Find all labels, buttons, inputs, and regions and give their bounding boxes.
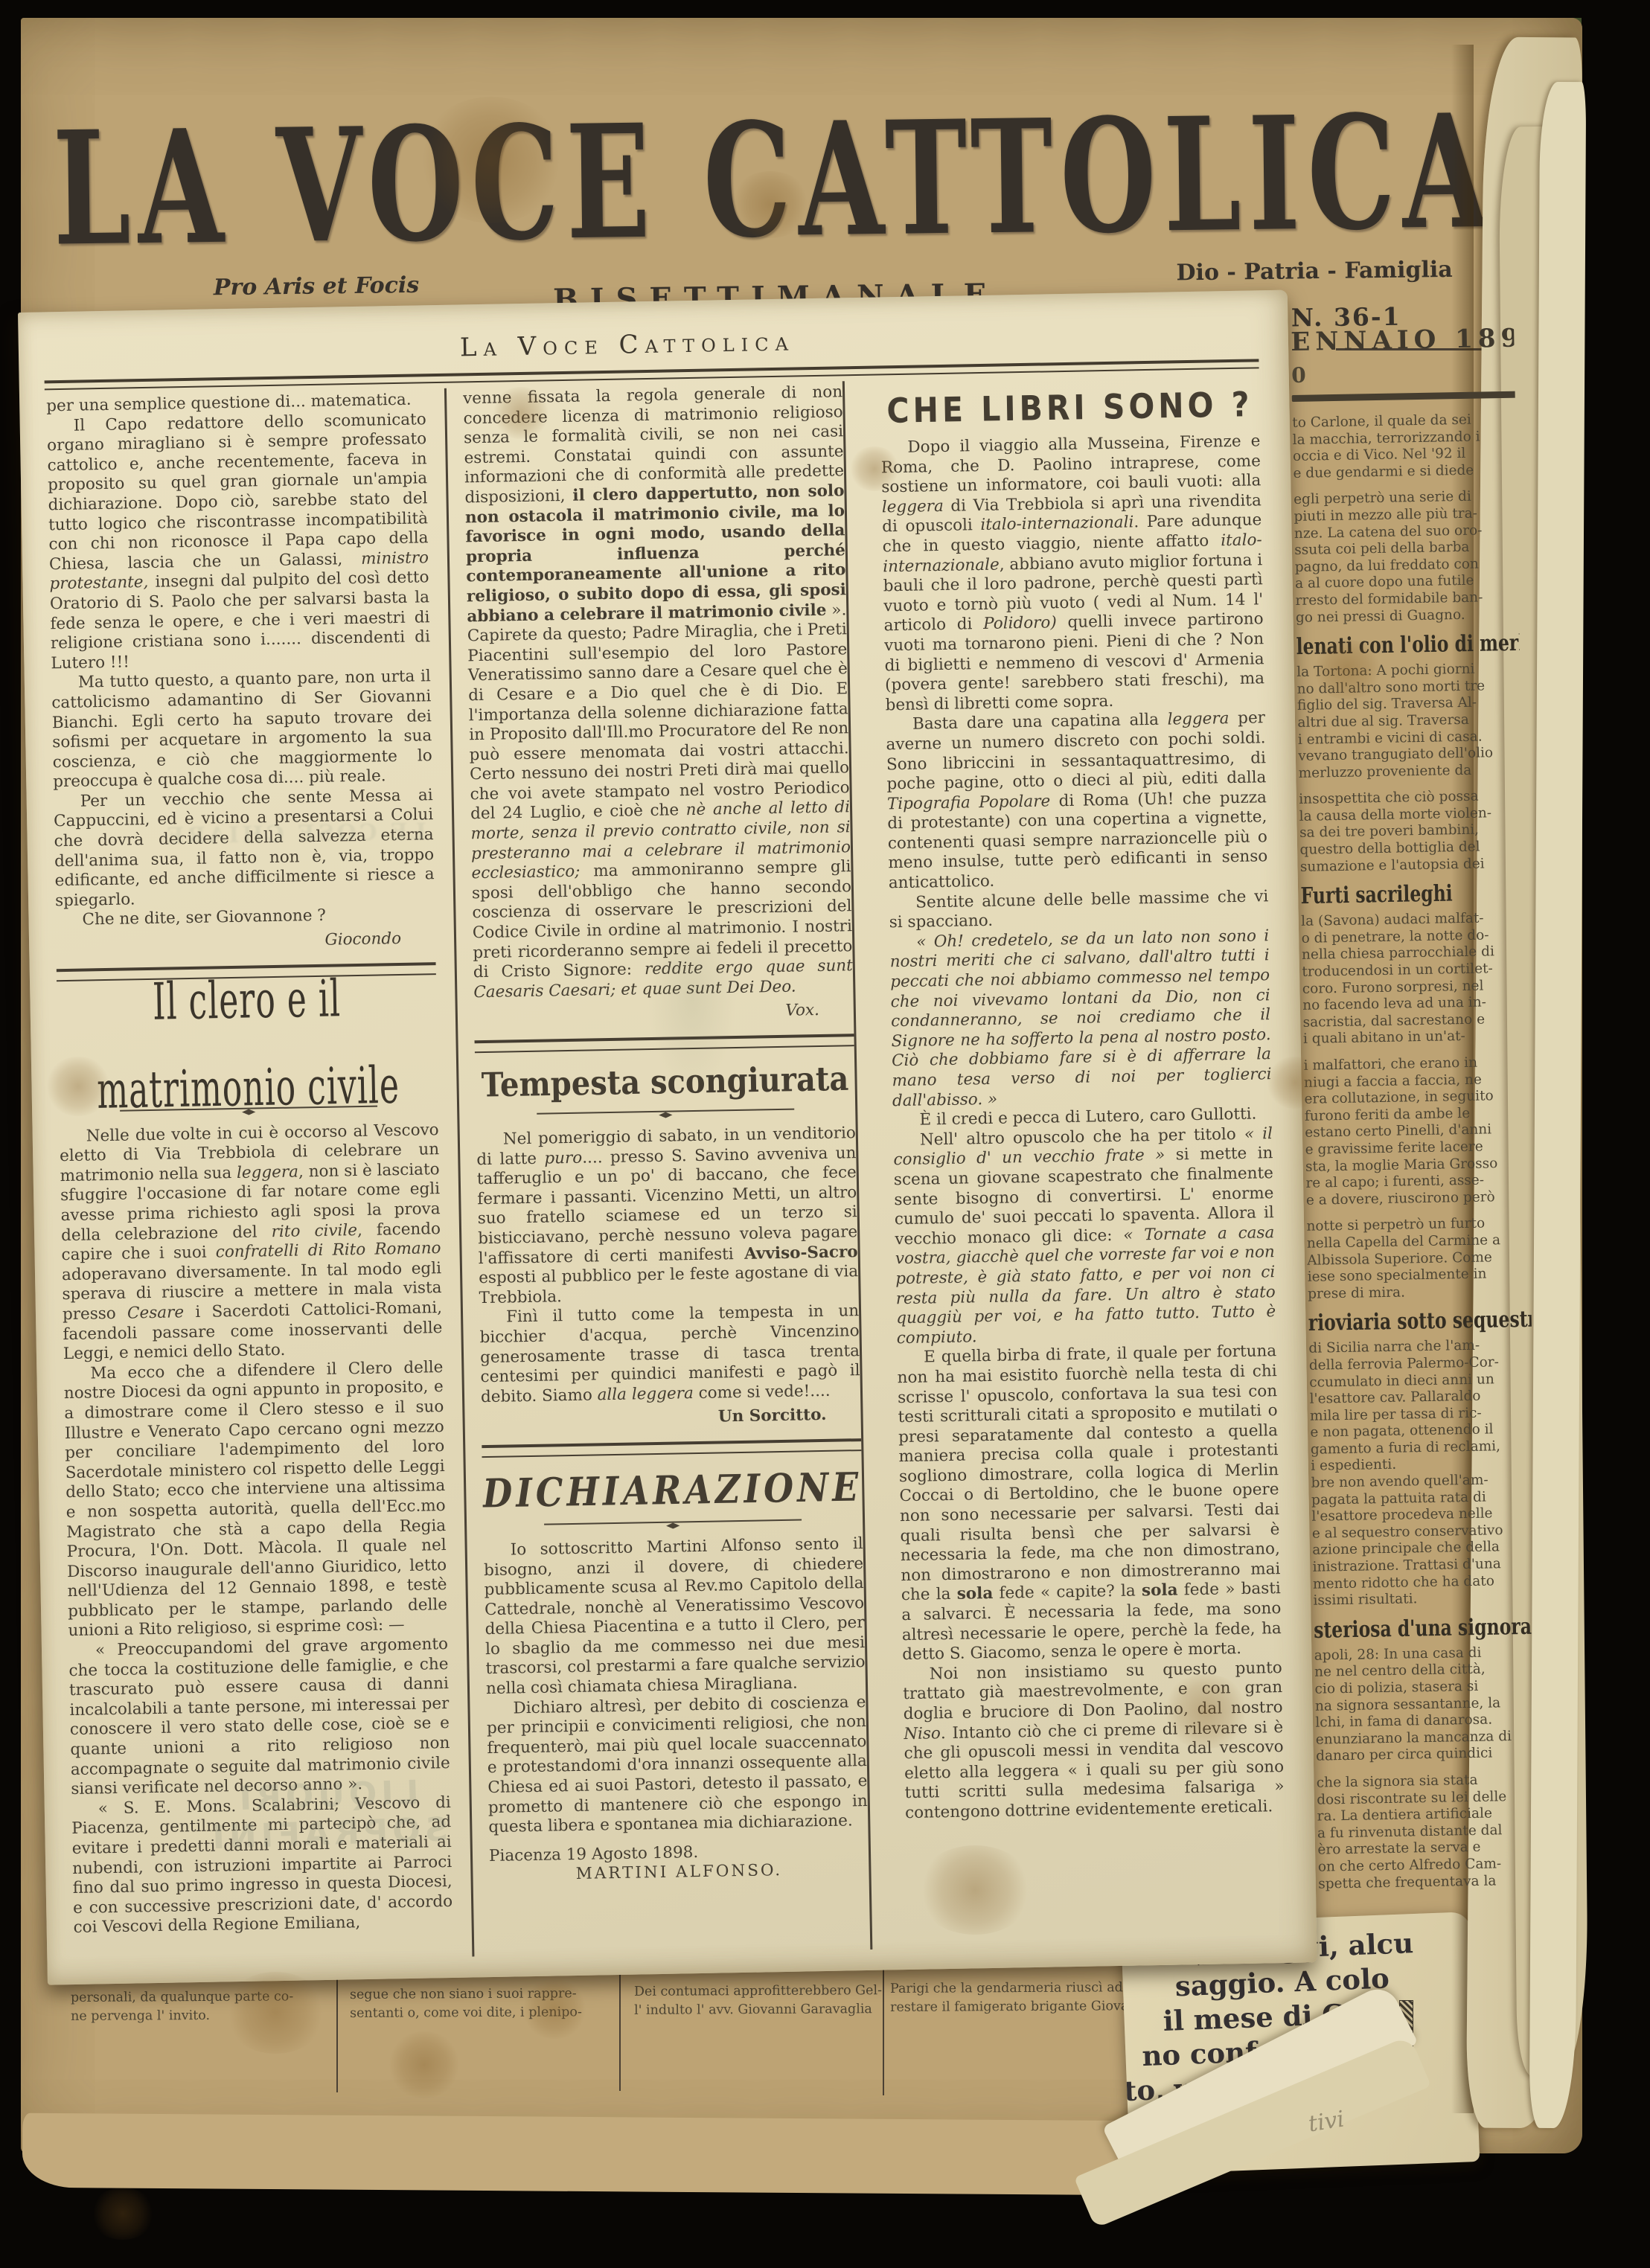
headline: CHE LIBRI SONO ? <box>880 377 1260 438</box>
paragraph: Noi non insistiamo su questo punto tratt… <box>903 1659 1285 1824</box>
text-line: Parigi che la gendarmeria riuscì ad ar- <box>890 1979 1158 1999</box>
paragraph: Nell' altro opuscolo che ha per titolo «… <box>893 1124 1276 1349</box>
text-line: danaro per circa quindici <box>1316 1745 1539 1766</box>
text-line: Dei contumaci approfitterebbero Gel- <box>634 1982 884 2002</box>
paragraph: Basta dare una capatina alla leggera per… <box>886 709 1268 894</box>
bottom-cell-2: segue che non siano i suoi rappre-sentan… <box>350 1984 618 2023</box>
column-divider <box>883 1969 884 2095</box>
thick-rule <box>1292 391 1520 402</box>
column-1: per una semplice questione di... matemat… <box>46 390 453 1967</box>
text-line: ne pervenga l' invito. <box>71 2006 335 2026</box>
bold-text: sola <box>1142 1581 1178 1601</box>
paragraph: Io sottoscritto Martini Alfonso sento il… <box>483 1534 866 1700</box>
bottom-cell-1: personali, da qualunque parte co-ne perv… <box>71 1987 335 2026</box>
bold-text: sola <box>957 1584 994 1604</box>
date-digit-fragment: 0 <box>1291 359 1515 388</box>
scanned-newspaper-page: LA VOCE CATTOLICA Pro Aris et Focis BISE… <box>0 0 1650 2268</box>
text-line: prese di mira. <box>1308 1282 1531 1303</box>
rule <box>482 1438 861 1458</box>
torn-bottom-edge <box>22 2113 1154 2196</box>
masthead: LA VOCE CATTOLICA Pro Aris et Focis BISE… <box>44 101 1504 231</box>
text-line: spetta che frequentava la <box>1318 1872 1541 1893</box>
text-line: l' indulto l' avv. Giovanni Garavaglia <box>634 2000 884 2020</box>
text-line: restare il famigerato brigante Giovanni <box>890 1997 1158 2017</box>
date-fragment: ENNAIO 1899 <box>1291 324 1515 357</box>
text-line: segue che non siano i suoi rappre- <box>350 1984 618 2005</box>
italic-text: « Oh! credetelo, se da un lato non sono … <box>890 926 1272 1110</box>
column-2: venne fissata la regola generale di non … <box>463 382 870 1959</box>
columns: per una semplice questione di... matemat… <box>46 375 1287 1967</box>
lines: egli perpetrò una serie dipiuti in mezzo… <box>1294 488 1519 627</box>
lines: apoli, 28: In una casa dine nel centro d… <box>1314 1644 1540 1765</box>
italic-text: « Tornate a casa vostra, giacchè quel ch… <box>895 1223 1276 1348</box>
italic-text: rito civile <box>271 1221 357 1241</box>
italic-text: « il consiglio d' un vecchio frate » <box>893 1124 1273 1170</box>
headline: rioviaria sotto sequestro <box>1308 1306 1532 1336</box>
italic-text: leggera <box>1167 709 1229 728</box>
handwritten-signature: tivi <box>1307 2106 1346 2137</box>
text-line: merluzzo proveniente da <box>1298 761 1521 782</box>
paragraph: venne fissata la regola generale di non … <box>463 382 854 1002</box>
text-line: sumazione e l'autopsia dei <box>1300 855 1523 876</box>
text-line: go nei pressi di Guagno. <box>1296 606 1519 627</box>
bottom-cell-3: Dei contumaci approfitterebbero Gel-l' i… <box>634 1982 884 2020</box>
paragraph: Ma ecco che a difendere il Clero delle n… <box>63 1358 448 1641</box>
show-through-ghost-text: LIQUORI SOPRAFINI <box>125 1769 529 1859</box>
italic-text: leggera <box>237 1162 298 1182</box>
sig: Un Sorcitto. <box>481 1405 860 1432</box>
text-line: e a dovere, riuscirono però <box>1306 1188 1529 1209</box>
paragraph: Il Capo redattore dello scomunicato orga… <box>46 410 430 674</box>
paragraph: Nelle due volte in cui è occorso al Vesc… <box>59 1121 443 1365</box>
paragraph: Finì il tutto come la tempesta in un bic… <box>479 1301 860 1407</box>
show-through-ghost-text-2: LE COSE CHIARE <box>138 819 452 850</box>
italic-text: Cesare <box>127 1303 184 1322</box>
italic-text: reddite ergo quae sunt Caesaris Caesari;… <box>473 956 853 1002</box>
paragraph: Dopo il viaggio alla Musseina, Firenze e… <box>880 432 1265 715</box>
right-column-text: to Carlone, il quale da seila macchia, t… <box>1292 411 1541 1893</box>
italic-text: Tipografia Popolare <box>887 792 1051 813</box>
headline: lenati con l'olio di merluzzo <box>1296 630 1520 660</box>
lines: di Sicilia narra che l'am-della ferrovia… <box>1308 1337 1536 1610</box>
text-line: e due gendarmi e si diede <box>1293 461 1516 482</box>
sig: Giocondo <box>56 929 435 955</box>
paragraph: Nel pomeriggio di sabato, in un venditor… <box>476 1124 859 1308</box>
lines: la Tortona: A pochi giornino dall'altro … <box>1296 661 1522 782</box>
italic-text: Polidoro) <box>983 614 1057 634</box>
bold-text: il clero dappertutto, non solo non ostac… <box>465 481 846 626</box>
italic-text: ministro protestante, <box>49 548 429 594</box>
italic-text: nè anche al letto di morte, senza il pre… <box>470 798 851 883</box>
italic-text: leggera <box>882 497 944 516</box>
stain <box>89 2188 156 2240</box>
paragraph: Per un vecchio che sente Messa ai Cappuc… <box>53 786 435 912</box>
paragraph: Ma tutto questo, a quanto pare, non urta… <box>51 667 433 793</box>
bottom-cell-4: Parigi che la gendarmeria riuscì ad ar-r… <box>890 1979 1158 2017</box>
lines: insospettita che ciò possala causa della… <box>1299 788 1523 876</box>
lines: la (Savona) audaci malfat-o di penetrare… <box>1301 910 1526 1048</box>
column-3: CHE LIBRI SONO ?Dopo il viaggio alla Mus… <box>880 375 1287 1952</box>
text-line: sentanti o, come voi dite, i plenipo- <box>350 2003 618 2023</box>
headline: Furti sacrileghi <box>1300 879 1524 909</box>
paragraph: « Oh! credetelo, se da un lato non sono … <box>889 926 1272 1111</box>
rule <box>475 1034 854 1053</box>
lines: notte si perpetrò un furtonella Capella … <box>1306 1215 1531 1303</box>
overlay-page: La Voce Cattolica per una semplice quest… <box>18 290 1317 1985</box>
motto-right: Dio - Patria - Famiglia <box>1176 257 1453 286</box>
text-line: issimi risultati. <box>1313 1589 1536 1610</box>
lines: i malfattori, che erano inniugi a faccia… <box>1303 1054 1529 1210</box>
italic-text: confratelli di Rito Romano <box>216 1239 441 1261</box>
sig: Vox. <box>474 1001 854 1028</box>
italic-text: italo-internazionali <box>980 513 1133 535</box>
lines: to Carlone, il quale da seila macchia, t… <box>1292 411 1517 483</box>
paragraph: Dichiaro altresì, per debito di coscienz… <box>486 1693 868 1838</box>
newspaper-title: LA VOCE CATTOLICA <box>44 92 1504 268</box>
headline: steriosa d'una signora <box>1314 1612 1538 1643</box>
text-line: personali, da qualunque parte co- <box>71 1987 335 2008</box>
italic-text: Niso <box>904 1724 941 1743</box>
column-divider <box>336 1973 338 2092</box>
underlying-right-column: ENNAIO 1899 0 to Carlone, il quale da se… <box>1291 324 1542 1903</box>
italic-text: puro <box>544 1148 582 1167</box>
paragraph: Sentite alcune delle belle massime che v… <box>889 887 1269 933</box>
paragraph: E quella birba di frate, il quale per fo… <box>897 1342 1282 1665</box>
bold-text: Avviso-Sacro <box>744 1243 858 1263</box>
lines: che la signora sia statadosi riscontrate… <box>1317 1771 1542 1892</box>
italic-text: italo-internazionale <box>883 531 1262 576</box>
column-divider <box>619 1972 621 2091</box>
italic-text: alla leggera <box>597 1384 694 1404</box>
text-line: i quali abitano in un'at- <box>1303 1028 1526 1048</box>
